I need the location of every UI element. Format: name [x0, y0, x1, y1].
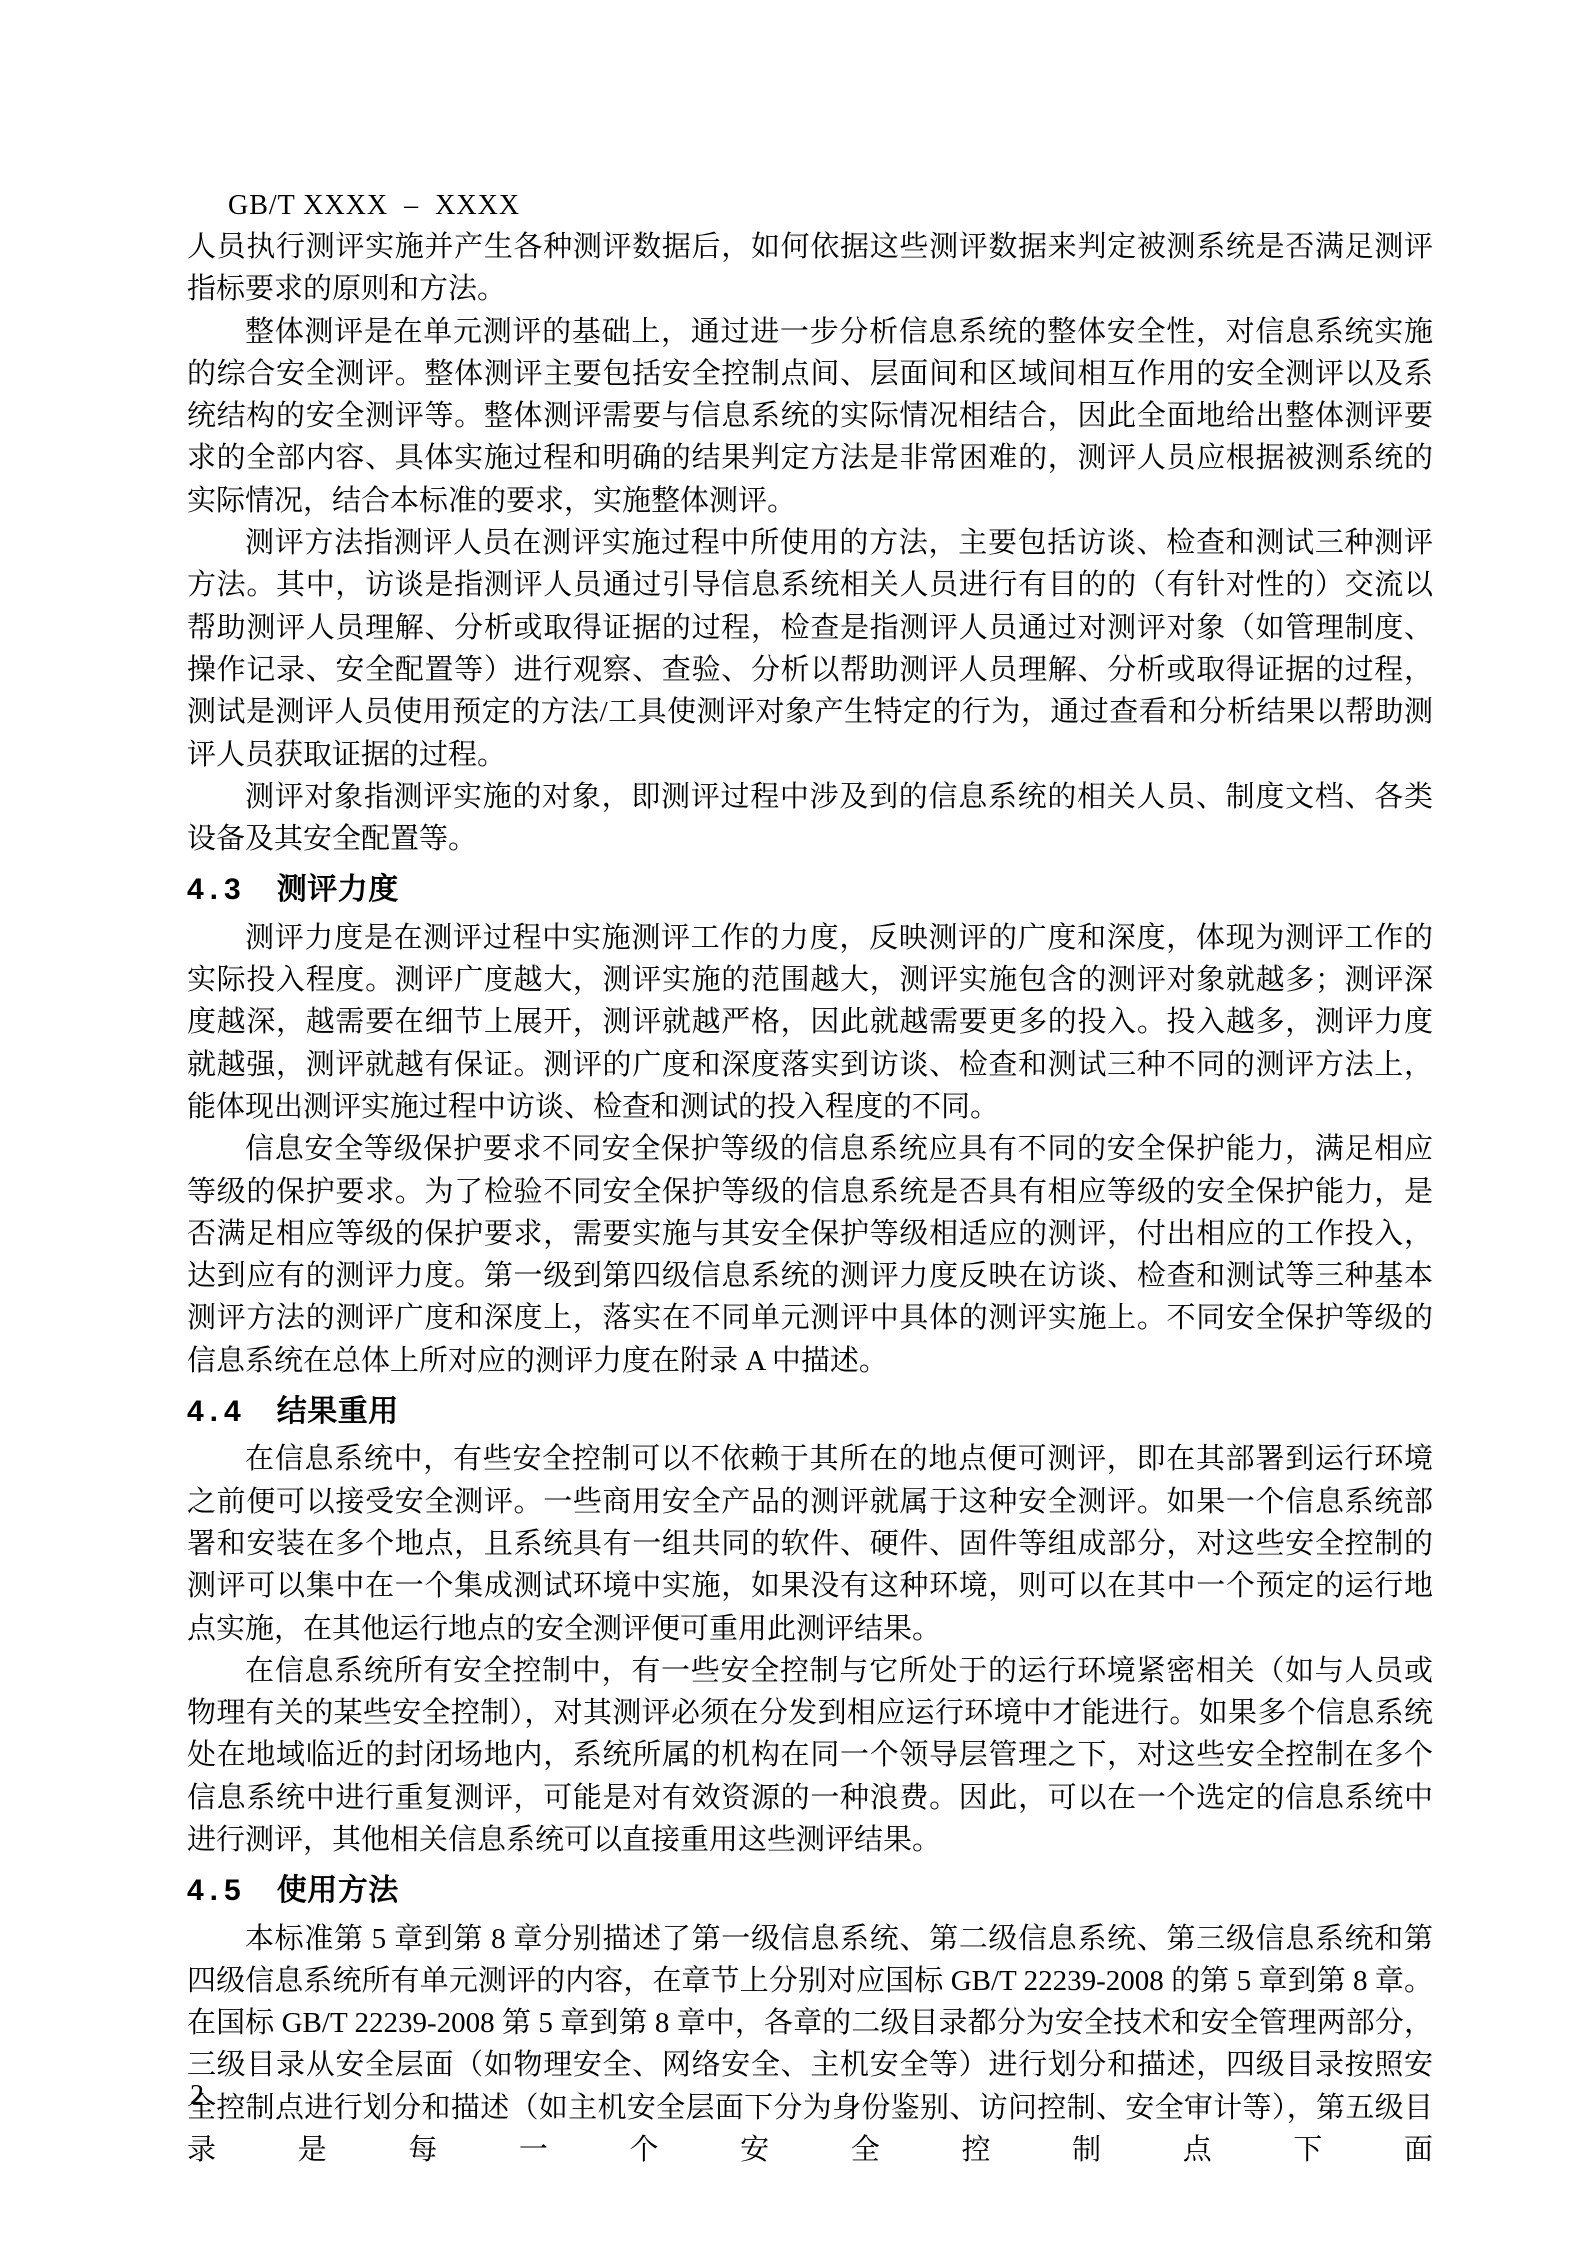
- document-page: GB/T XXXX – XXXX 人员执行测评实施并产生各种测评数据后，如何依据…: [0, 0, 1587, 2245]
- section-4-3: 4.3测评力度 测评力度是在测评过程中实施测评工作的力度，反映测评的广度和深度，…: [187, 869, 1433, 1382]
- document-body: 人员执行测评实施并产生各种测评数据后，如何依据这些测评数据来判定被测系统是否满足…: [187, 226, 1433, 2171]
- evaluation-objects-paragraph: 测评对象指测评实施的对象，即测评过程中涉及到的信息系统的相关人员、制度文档、各类…: [187, 776, 1433, 861]
- section-title: 测评力度: [277, 873, 399, 906]
- evaluation-methods-paragraph: 测评方法指测评人员在测评实施过程中所使用的方法，主要包括访谈、检查和测试三种测评…: [187, 522, 1433, 776]
- section-title: 使用方法: [277, 1874, 399, 1907]
- section-heading-4-5: 4.5使用方法: [187, 1870, 1433, 1912]
- section-heading-4-4: 4.4结果重用: [187, 1391, 1433, 1433]
- page-number: 2: [190, 2081, 204, 2111]
- section-number: 4.4: [187, 1395, 247, 1428]
- section-4-4: 4.4结果重用 在信息系统中，有些安全控制可以不依赖于其所在的地点便可测评，即在…: [187, 1391, 1433, 1861]
- section-paragraph: 在信息系统所有安全控制中，有一些安全控制与它所处于的运行环境紧密相关（如与人员或…: [187, 1650, 1433, 1861]
- section-paragraph: 测评力度是在测评过程中实施测评工作的力度，反映测评的广度和深度，体现为测评工作的…: [187, 917, 1433, 1128]
- section-title: 结果重用: [277, 1395, 399, 1428]
- section-paragraph: 信息安全等级保护要求不同安全保护等级的信息系统应具有不同的安全保护能力，满足相应…: [187, 1128, 1433, 1382]
- section-paragraph: 本标准第 5 章到第 8 章分别描述了第一级信息系统、第二级信息系统、第三级信息…: [187, 1918, 1433, 2172]
- section-number: 4.5: [187, 1874, 247, 1907]
- overall-evaluation-paragraph: 整体测评是在单元测评的基础上，通过进一步分析信息系统的整体安全性，对信息系统实施…: [187, 311, 1433, 522]
- section-4-5: 4.5使用方法 本标准第 5 章到第 8 章分别描述了第一级信息系统、第二级信息…: [187, 1870, 1433, 2171]
- section-heading-4-3: 4.3测评力度: [187, 869, 1433, 911]
- section-paragraph: 在信息系统中，有些安全控制可以不依赖于其所在的地点便可测评，即在其部署到运行环境…: [187, 1438, 1433, 1649]
- standard-number-header: GB/T XXXX – XXXX: [228, 191, 520, 221]
- continuation-paragraph: 人员执行测评实施并产生各种测评数据后，如何依据这些测评数据来判定被测系统是否满足…: [187, 226, 1433, 311]
- section-number: 4.3: [187, 873, 247, 906]
